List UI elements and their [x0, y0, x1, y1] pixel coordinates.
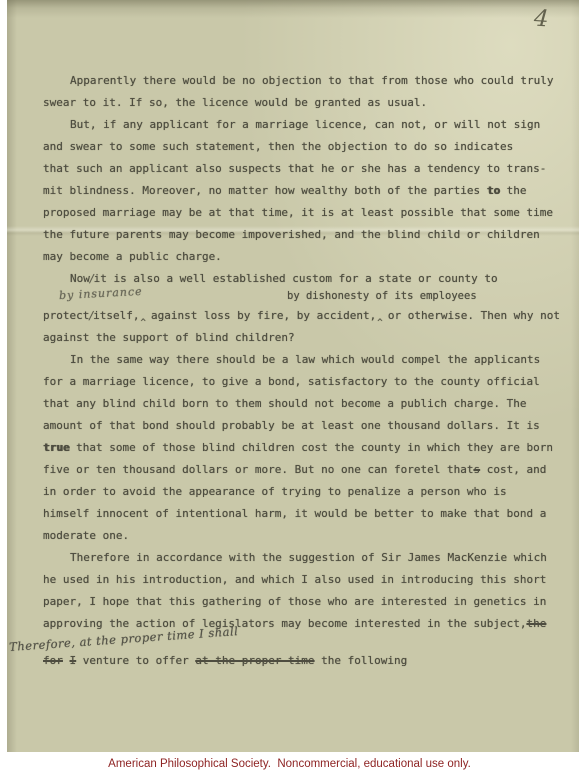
typed-document: Apparently there would be no objection t…: [43, 70, 577, 672]
text-segment: and swear to some such statement, then t…: [43, 140, 513, 153]
text-segment: for a marriage licence, to give a bond, …: [43, 375, 540, 388]
typed-line: in order to avoid the appearance of tryi…: [43, 481, 577, 503]
text-segment: moderate one.: [43, 529, 129, 542]
typed-line: for a marriage licence, to give a bond, …: [43, 371, 577, 393]
text-segment: himself innocent of intentional harm, it…: [43, 507, 546, 520]
typed-line: true that some of those blind children c…: [43, 437, 577, 459]
text-segment: venture to offer: [76, 654, 195, 667]
text-segment: to: [487, 184, 500, 197]
footer: American Philosophical Society. Noncomme…: [0, 752, 579, 770]
text-segment: the: [500, 184, 527, 197]
typed-line: Therefore in accordance with the suggest…: [43, 547, 577, 569]
page-number: 4: [533, 6, 549, 33]
text-segment: paper, I hope that this gathering of tho…: [43, 595, 546, 608]
typed-line: Apparently there would be no objection t…: [43, 70, 577, 92]
text-segment: he used in his introduction, and which I…: [43, 573, 546, 586]
text-segment: cost, and: [480, 463, 546, 476]
text-segment: In the same way there should be a law wh…: [70, 353, 540, 366]
text-segment: five or ten thousand dollars or more. Bu…: [43, 463, 473, 476]
text-segment: against the support of blind children?: [43, 331, 295, 344]
typed-line: that any blind child born to them should…: [43, 393, 577, 415]
typed-line: mit blindness. Moreover, no matter how w…: [43, 180, 577, 202]
text-segment: the future parents may become impoverish…: [43, 228, 540, 241]
text-segment: in order to avoid the appearance of tryi…: [43, 485, 507, 498]
text-segment: the following: [315, 654, 408, 667]
text-segment: mit blindness. Moreover, no matter how w…: [43, 184, 487, 197]
typed-line: against the support of blind children?: [43, 327, 577, 349]
text-segment: or otherwise. Then why not: [381, 309, 560, 322]
typed-line: proposed marriage may be at that time, i…: [43, 202, 577, 224]
text-segment: swear to it. If so, the licence would be…: [43, 96, 427, 109]
text-segment: protect: [43, 309, 89, 322]
text-segment: at the proper time: [195, 654, 314, 667]
text-segment: itself,: [93, 309, 139, 322]
text-segment: by dishonesty of its employees: [287, 290, 477, 303]
text-segment: may become a public charge.: [43, 250, 222, 263]
typed-line: paper, I hope that this gathering of tho…: [43, 591, 577, 613]
typed-line: moderate one.: [43, 525, 577, 547]
typed-line: swear to it. If so, the licence would be…: [43, 92, 577, 114]
typed-line: that such an applicant also suspects tha…: [43, 158, 577, 180]
text-segment: the: [526, 617, 546, 630]
text-segment: Now: [70, 272, 90, 285]
typed-line: protect/itself,^ against loss by fire, b…: [43, 305, 577, 327]
typed-line: five or ten thousand dollars or more. Bu…: [43, 459, 577, 481]
typed-line: he used in his introduction, and which I…: [43, 569, 577, 591]
paper-sheet: 4 Apparently there would be no objection…: [7, 0, 579, 752]
text-segment: proposed marriage may be at that time, i…: [43, 206, 553, 219]
text-segment: that such an applicant also suspects tha…: [43, 162, 546, 175]
text-segment: it is also a well established custom for…: [94, 272, 498, 285]
scanned-document-view: 4 Apparently there would be no objection…: [0, 0, 579, 770]
text-segment: approving the action of legislators may …: [43, 617, 526, 630]
text-segment: Therefore in accordance with the suggest…: [70, 551, 547, 564]
typed-line: the future parents may become impoverish…: [43, 224, 577, 246]
text-segment: true: [43, 441, 70, 454]
footer-text: American Philosophical Society. Noncomme…: [108, 758, 471, 770]
text-segment: Apparently there would be no objection t…: [70, 74, 553, 87]
text-segment: But, if any applicant for a marriage lic…: [70, 118, 540, 131]
text-segment: against loss by fire, by accident,: [144, 309, 376, 322]
typed-line: amount of that bond should probably be a…: [43, 415, 577, 437]
text-segment: for: [43, 654, 63, 667]
typed-line: In the same way there should be a law wh…: [43, 349, 577, 371]
typed-line: for I venture to offer at the proper tim…: [43, 650, 577, 672]
typed-line: himself innocent of intentional harm, it…: [43, 503, 577, 525]
insert-line: by insuranceby dishonesty of its employe…: [43, 290, 577, 305]
text-segment: [63, 654, 70, 667]
typed-line: and swear to some such statement, then t…: [43, 136, 577, 158]
text-segment: that some of those blind children cost t…: [70, 441, 553, 454]
text-segment: amount of that bond should probably be a…: [43, 419, 540, 432]
hwmargin-line: Therefore, at the proper time I shall: [43, 635, 577, 650]
typed-line: may become a public charge.: [43, 246, 577, 268]
text-segment: that any blind child born to them should…: [43, 397, 526, 410]
typed-line: But, if any applicant for a marriage lic…: [43, 114, 577, 136]
